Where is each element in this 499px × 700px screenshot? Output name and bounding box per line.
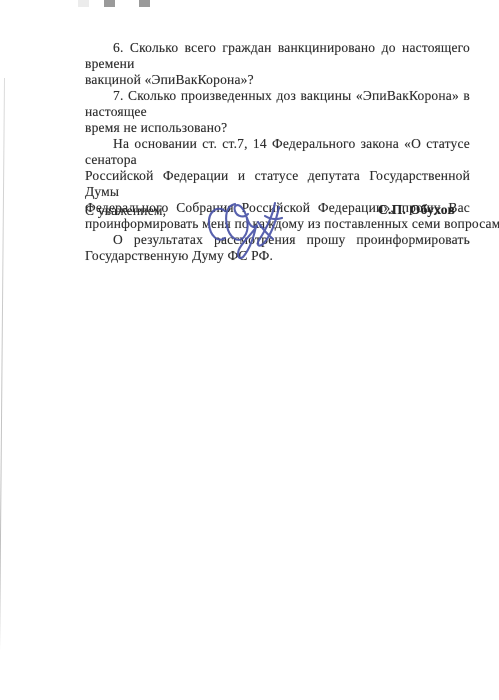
letter-line: 7. Сколько произведенных доз вакцины «Эп… (85, 88, 470, 120)
scanned-letter-page: 6. Сколько всего граждан ванкцинировано … (0, 0, 499, 700)
signatory-name: С.П. Обухов (378, 202, 455, 218)
letter-line: вакциной «ЭпиВакКорона»? (85, 72, 470, 88)
handwritten-signature-icon (195, 190, 307, 272)
scan-artifact-mark (78, 0, 89, 7)
letter-line: На основании ст. ст.7, 14 Федерального з… (85, 136, 470, 168)
scan-edge-line (0, 78, 5, 690)
closing-salutation: С уважением, (85, 203, 166, 219)
letter-line: 6. Сколько всего граждан ванкцинировано … (85, 40, 470, 72)
scan-artifact-mark (104, 0, 115, 7)
letter-line: время не использовано? (85, 120, 470, 136)
scan-artifact-mark (139, 0, 150, 7)
